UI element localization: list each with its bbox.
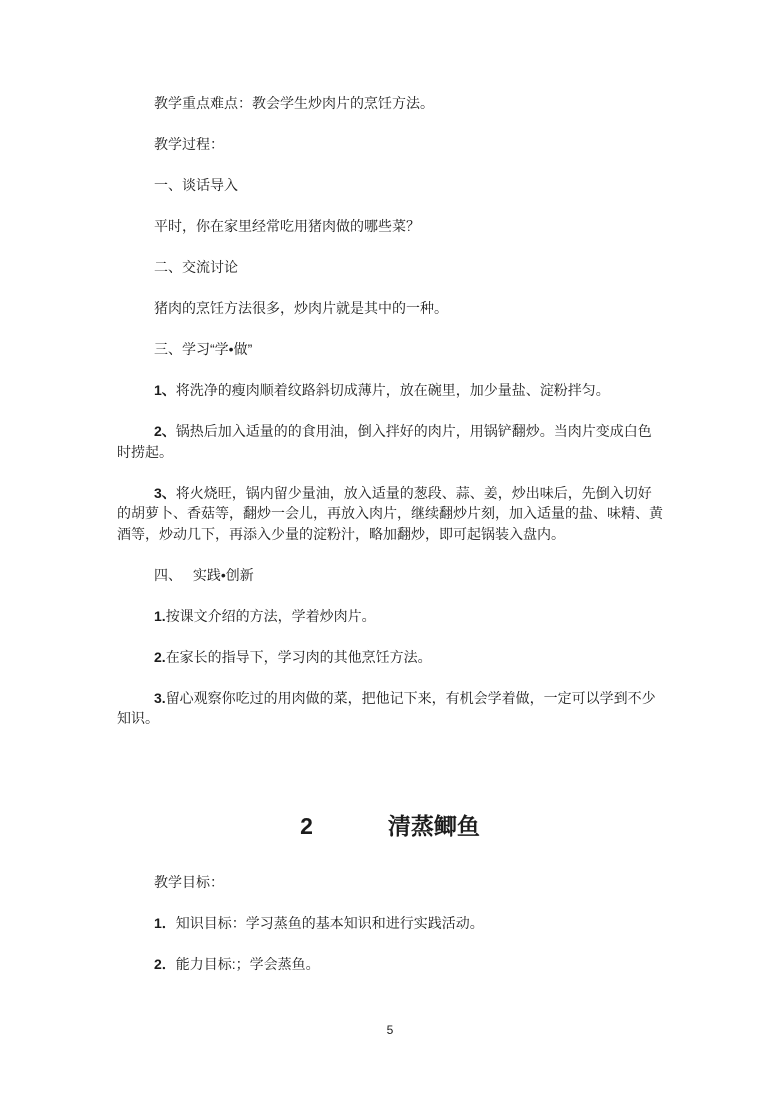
- paragraph-text: 三、学习“学•做”: [154, 341, 252, 357]
- paragraph-text: 锅热后加入适量的的食用油，倒入拌好的肉片，用锅铲翻炒。当肉片变成白色时捞起。: [117, 423, 652, 460]
- paragraph: 1．知识目标：学习蒸鱼的基本知识和进行实践活动。: [117, 913, 663, 934]
- list-number: 3、: [154, 485, 176, 501]
- paragraph: 四、 实践•创新: [117, 565, 663, 586]
- section-heading: 2清蒸鲫鱼: [117, 810, 663, 843]
- paragraph-text: 一、谈话导入: [154, 177, 238, 193]
- paragraph-text: 知识目标：学习蒸鱼的基本知识和进行实践活动。: [176, 915, 484, 931]
- list-number: 1．: [154, 915, 176, 931]
- paragraph-text: 四、 实践•创新: [154, 567, 254, 583]
- paragraph: 三、学习“学•做”: [117, 339, 663, 360]
- document-content: 教学重点难点：教会学生炒肉片的烹饪方法。 教学过程： 一、谈话导入 平时，你在家…: [117, 93, 663, 995]
- list-number: 1.: [154, 608, 166, 624]
- paragraph: 教学过程：: [117, 134, 663, 155]
- paragraph: 教学目标：: [117, 872, 663, 893]
- paragraph-text: 在家长的指导下，学习肉的其他烹饪方法。: [166, 649, 432, 665]
- paragraph: 猪肉的烹饪方法很多，炒肉片就是其中的一种。: [117, 298, 663, 319]
- paragraph: 3、将火烧旺，锅内留少量油，放入适量的葱段、蒜、姜，炒出味后，先倒入切好的胡萝卜…: [117, 483, 663, 545]
- paragraph-text: 能力目标:；学会蒸鱼。: [176, 956, 320, 972]
- paragraph: 1.按课文介绍的方法，学着炒肉片。: [117, 606, 663, 627]
- paragraph: 二、交流讨论: [117, 257, 663, 278]
- section-number: 2: [300, 810, 313, 843]
- list-number: 2、: [154, 423, 176, 439]
- list-number: 1、: [154, 382, 176, 398]
- paragraph-text: 教学目标：: [154, 874, 224, 890]
- paragraph: 教学重点难点：教会学生炒肉片的烹饪方法。: [117, 93, 663, 114]
- paragraph-text: 教学重点难点：教会学生炒肉片的烹饪方法。: [154, 95, 434, 111]
- paragraph-text: 猪肉的烹饪方法很多，炒肉片就是其中的一种。: [154, 300, 448, 316]
- paragraph: 2、锅热后加入适量的的食用油，倒入拌好的肉片，用锅铲翻炒。当肉片变成白色时捞起。: [117, 421, 663, 462]
- paragraph: 平时，你在家里经常吃用猪肉做的哪些菜？: [117, 216, 663, 237]
- paragraph: 1、将洗净的瘦肉顺着纹路斜切成薄片，放在碗里，加少量盐、淀粉拌匀。: [117, 380, 663, 401]
- paragraph-text: 将洗净的瘦肉顺着纹路斜切成薄片，放在碗里，加少量盐、淀粉拌匀。: [176, 382, 610, 398]
- document-page: 教学重点难点：教会学生炒肉片的烹饪方法。 教学过程： 一、谈话导入 平时，你在家…: [0, 0, 780, 1103]
- page-number: 5: [0, 1022, 780, 1038]
- list-number: 3.: [154, 690, 166, 706]
- paragraph-text: 将火烧旺，锅内留少量油，放入适量的葱段、蒜、姜，炒出味后，先倒入切好的胡萝卜、香…: [117, 485, 663, 542]
- paragraph-text: 教学过程：: [154, 136, 224, 152]
- paragraph: 2.在家长的指导下，学习肉的其他烹饪方法。: [117, 647, 663, 668]
- paragraph: 一、谈话导入: [117, 175, 663, 196]
- list-number: 2.: [154, 649, 166, 665]
- paragraph-text: 平时，你在家里经常吃用猪肉做的哪些菜？: [154, 218, 420, 234]
- list-number: 2．: [154, 956, 176, 972]
- paragraph: 3.留心观察你吃过的用肉做的菜，把他记下来，有机会学着做，一定可以学到不少知识。: [117, 688, 663, 729]
- paragraph: 2．能力目标:；学会蒸鱼。: [117, 954, 663, 975]
- paragraph-text: 留心观察你吃过的用肉做的菜，把他记下来，有机会学着做，一定可以学到不少知识。: [117, 690, 656, 727]
- paragraph-text: 按课文介绍的方法，学着炒肉片。: [166, 608, 376, 624]
- section-title: 清蒸鲫鱼: [388, 813, 480, 839]
- paragraph-text: 二、交流讨论: [154, 259, 238, 275]
